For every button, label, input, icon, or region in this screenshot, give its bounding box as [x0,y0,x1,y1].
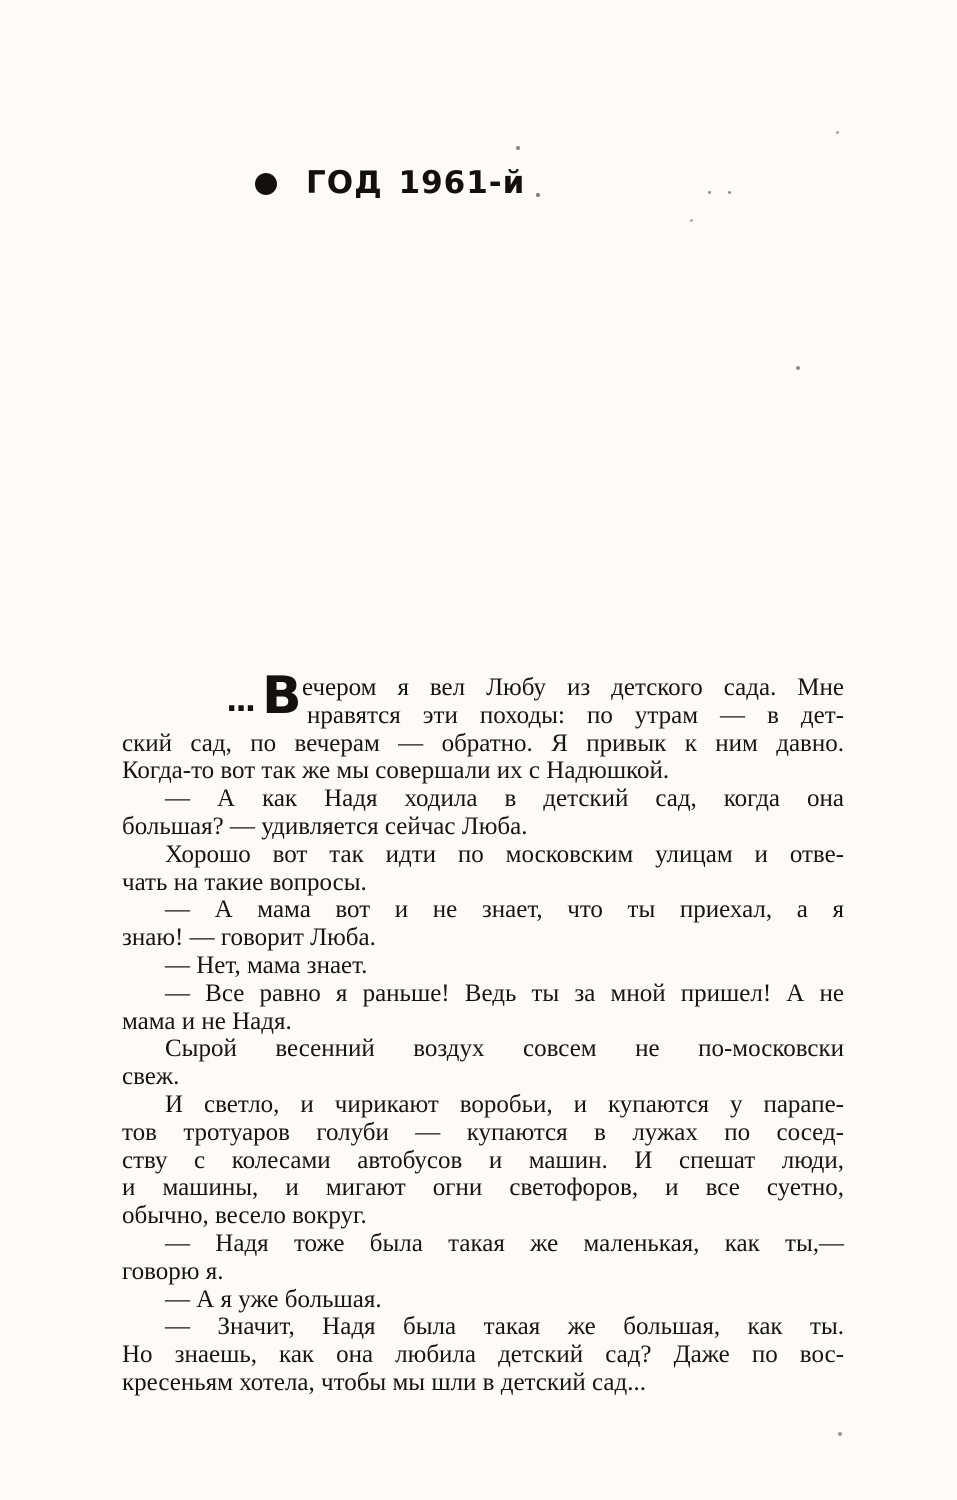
text-line: говорю я. [122,1258,844,1286]
text-line: тов тротуаров голуби — купаются в лужах … [122,1119,844,1147]
text-line: — А я уже большая. [122,1286,844,1314]
text-line: свеж. [122,1063,844,1091]
text-line: ству с колесами автобусов и машин. И спе… [122,1147,844,1175]
text-line: Но знаешь, как она любила детский сад? Д… [122,1341,844,1369]
chapter-header: ГОД 1961-й [255,168,525,199]
text-line: чать на такие вопросы. [122,869,844,897]
text-line: мама и не Надя. [122,1008,844,1036]
dropcap-ellipsis: ... [226,687,254,717]
scan-speck [836,131,839,134]
text-line: — А мама вот и не знает, что ты приехал,… [122,896,844,924]
text-line: — Надя тоже была такая же маленькая, как… [122,1230,844,1258]
body-text: ... В ечером я вел Любу из детского сада… [122,674,844,1397]
book-page: ГОД 1961-й ... В ечером я вел Любу из де… [0,0,957,1500]
text-line: — Нет, мама знает. [122,952,844,980]
scan-speck [796,366,800,370]
text-line: и машины, и мигают огни светофоров, и вс… [122,1174,844,1202]
text-line: Сырой весенний воздух совсем не по-моско… [122,1035,844,1063]
bullet-icon [255,173,277,195]
text-line: И светло, и чирикают воробьи, и купаются… [122,1091,844,1119]
text-line: большая? — удивляется сейчас Люба. [122,813,844,841]
text-line: Когда-то вот так же мы совершали их с На… [122,757,844,785]
dropcap-letter: В [262,670,302,722]
text-line: ский сад, по вечерам — обратно. Я привык… [122,730,844,758]
text-line: обычно, весело вокруг. [122,1202,844,1230]
chapter-title: ГОД 1961-й [306,168,525,199]
text-line: — Значит, Надя была такая же большая, ка… [122,1313,844,1341]
scan-speck [838,1432,842,1436]
scan-speck [516,146,520,150]
text-line: — Все равно я раньше! Ведь ты за мной пр… [122,980,844,1008]
scan-speck [690,219,693,222]
text-line: знаю! — говорит Люба. [122,924,844,952]
text-line: Хорошо вот так идти по московским улицам… [122,841,844,869]
scan-speck [728,191,731,194]
scan-speck [708,191,711,194]
text-line: — А как Надя ходила в детский сад, когда… [122,785,844,813]
text-line: кресеньям хотела, чтобы мы шли в детский… [122,1369,844,1397]
scan-speck [536,193,540,197]
